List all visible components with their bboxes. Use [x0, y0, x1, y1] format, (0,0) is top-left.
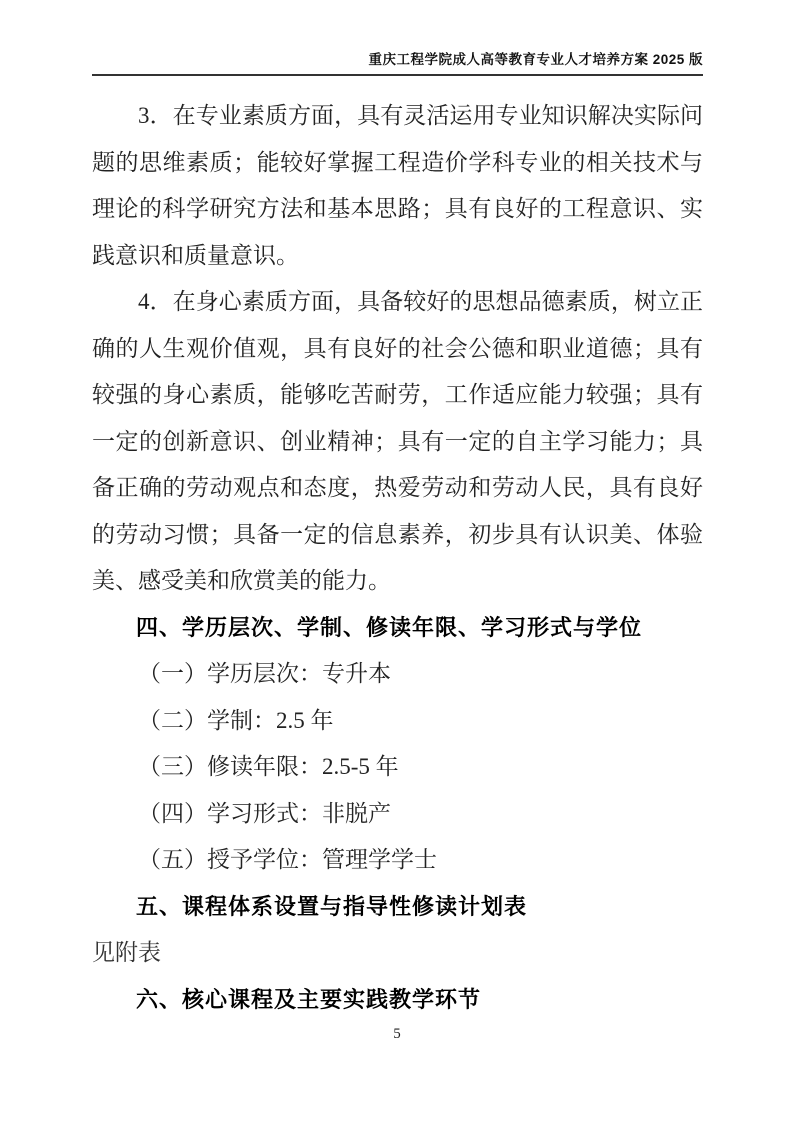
- list-item-degree-awarded: （五）授予学位：管理学学士: [92, 837, 703, 884]
- body-paragraph: 3．在专业素质方面，具有灵活运用专业知识解决实际问题的思维素质；能较好掌握工程造…: [92, 93, 703, 279]
- list-item-study-period: （三）修读年限：2.5-5 年: [92, 744, 703, 791]
- section-heading-six: 六、核心课程及主要实践教学环节: [92, 977, 703, 1024]
- section-heading-four: 四、学历层次、学制、修读年限、学习形式与学位: [92, 605, 703, 652]
- body-paragraph: 4．在身心素质方面，具备较好的思想品德素质，树立正确的人生观价值观，具有良好的社…: [92, 279, 703, 605]
- page-header: 重庆工程学院成人高等教育专业人才培养方案 2025 版: [92, 48, 703, 76]
- page-number: 5: [0, 1026, 794, 1043]
- see-attached-table-note: 见附表: [92, 930, 703, 977]
- list-item-schooling-length: （二）学制：2.5 年: [92, 698, 703, 745]
- document-body: 3．在专业素质方面，具有灵活运用专业知识解决实际问题的思维素质；能较好掌握工程造…: [92, 93, 703, 1023]
- list-item-degree-level: （一）学历层次：专升本: [92, 651, 703, 698]
- header-title: 重庆工程学院成人高等教育专业人才培养方案 2025 版: [368, 52, 703, 67]
- list-item-study-form: （四）学习形式：非脱产: [92, 791, 703, 838]
- document-page: 重庆工程学院成人高等教育专业人才培养方案 2025 版 3．在专业素质方面，具有…: [0, 0, 794, 1122]
- section-heading-five: 五、课程体系设置与指导性修读计划表: [92, 884, 703, 931]
